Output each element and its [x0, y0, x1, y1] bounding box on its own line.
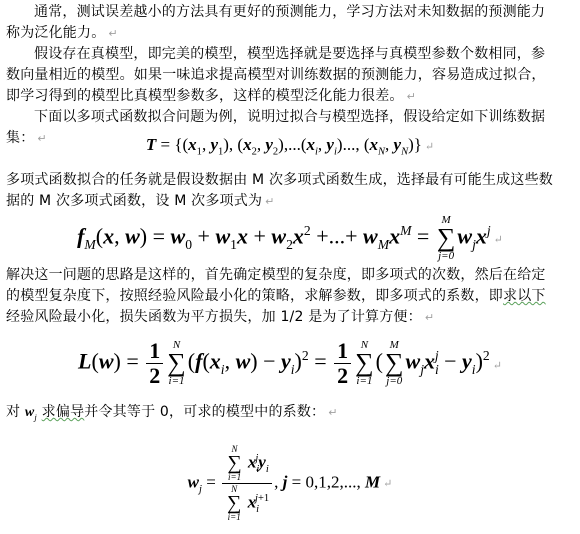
sum-symbol: N∑i=1 — [355, 340, 374, 387]
return-mark-icon: ↵ — [407, 90, 416, 103]
return-mark-icon: ↵ — [328, 406, 337, 419]
grammar-underline[interactable]: 求以下 — [503, 288, 546, 304]
grammar-underline[interactable]: 求偏导 — [42, 404, 85, 420]
sum-symbol: N∑i=1 — [167, 340, 186, 387]
return-mark-icon: ↵ — [383, 478, 392, 490]
return-mark-icon: ↵ — [425, 311, 434, 324]
paragraph-generalization: 通常，测试误差越小的方法具有更好的预测能力，学习方法对未知数据的预测能力称为泛化… — [6, 2, 558, 44]
return-mark-icon: ↵ — [494, 234, 503, 246]
return-mark-icon: ↵ — [108, 27, 117, 40]
formula-solution: wj = N∑i=1 xijyiN∑i=1 xij+1, j = 0,1,2,.… — [0, 445, 580, 522]
return-mark-icon: ↵ — [425, 141, 434, 153]
formula-loss: L(w) = 12N∑i=1(f(xi, w) − yi)2 = 12N∑i=1… — [0, 340, 580, 387]
return-mark-icon: ↵ — [265, 195, 274, 208]
formula-training-set: T = {(x1, y1), (x2, y2),...(xi, yi)..., … — [0, 135, 580, 157]
return-mark-icon: ↵ — [493, 360, 502, 372]
paragraph-model-selection: 假设存在真模型，即完美的模型，模型选择就是要选择与真模型参数个数相同，参数向量相… — [6, 44, 558, 107]
formula-polynomial: fM(x, w) = w0 + w1x + w2x2 +...+ wMxM = … — [0, 215, 580, 262]
paragraph-derivative: 对 wj 求偏导并令其等于 0，可求的模型中的系数：↵ — [6, 402, 558, 428]
sum-symbol: M∑j=0 — [385, 340, 404, 387]
paragraph-approach: 解决这一问题的思路是这样的，首先确定模型的复杂度，即多项式的次数，然后在给定的模… — [6, 265, 558, 328]
document-body: 通常，测试误差越小的方法具有更好的预测能力，学习方法对未知数据的预测能力称为泛化… — [6, 2, 558, 149]
sum-symbol: M∑j=0 — [437, 215, 456, 262]
paragraph-polynomial-task: 多项式函数拟合的任务就是假设数据由 M 次多项式函数生成，选择最有可能生成这些数… — [6, 170, 558, 212]
